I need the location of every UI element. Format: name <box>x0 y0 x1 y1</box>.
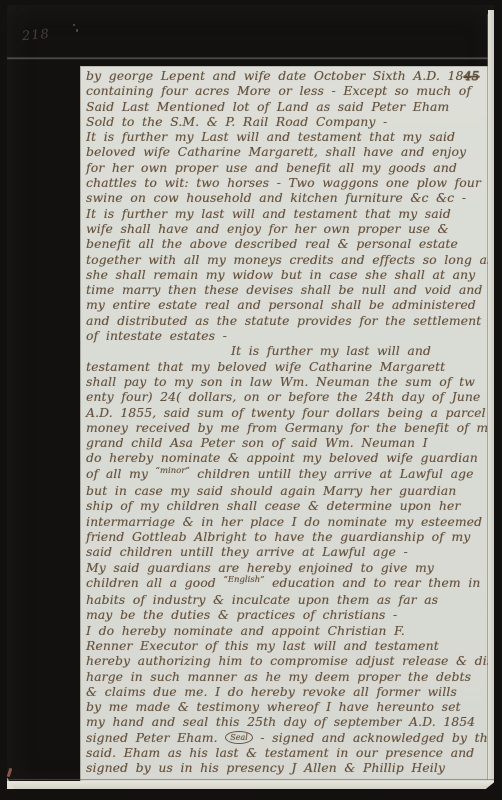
interlinear-insertion: “minor” <box>156 466 190 476</box>
manuscript-text: money received by me from Germany for th… <box>86 421 495 435</box>
manuscript-text: friend Gottleab Albright to have the gua… <box>86 530 470 544</box>
manuscript-line: my hand and seal this 25th day of septem… <box>86 715 490 730</box>
manuscript-line: said children untill they arrive at Lawf… <box>86 545 490 560</box>
manuscript-line: together with all my moneys credits and … <box>86 253 490 268</box>
manuscript-line: do hereby nominate & appoint my beloved … <box>86 451 490 466</box>
manuscript-line: I do hereby nominate and appoint Christi… <box>86 624 490 639</box>
manuscript-text: she shall remain my widow but in case sh… <box>86 268 475 282</box>
manuscript-text: time marry then these devises shall be n… <box>86 283 482 297</box>
manuscript-line: It is further my Last will and testament… <box>86 130 490 145</box>
page-number: 218 <box>21 27 50 44</box>
manuscript-line: by george Lepent and wife date October S… <box>86 69 490 84</box>
manuscript-line: shall pay to my son in law Wm. Neuman th… <box>86 375 490 390</box>
scan-border-right <box>494 0 502 800</box>
manuscript-text: It is further my Last will and testament… <box>86 130 455 144</box>
scan-corner-top-left <box>0 0 14 14</box>
manuscript-text: 45 <box>463 69 479 83</box>
manuscript-text: hereby authorizing him to compromise adj… <box>86 654 500 668</box>
ink-speck <box>76 29 78 32</box>
manuscript-text: grand child Asa Peter son of said Wm. Ne… <box>86 436 428 450</box>
manuscript-text: shall pay to my son in law Wm. Neuman th… <box>86 375 475 389</box>
seal-mark: Seal <box>225 731 253 744</box>
manuscript-line: Renner Executor of this my last will and… <box>86 639 490 654</box>
scan-border-bottom <box>0 789 502 800</box>
manuscript-line: children all a good “English” education … <box>86 576 490 593</box>
manuscript-line: swine on cow household and kitchen furni… <box>86 191 490 206</box>
manuscript-text: together with all my moneys credits and … <box>86 253 493 267</box>
manuscript-text: harge in such manner as he my deem prope… <box>86 670 471 684</box>
manuscript-line: My said guardians are hereby enjoined to… <box>86 561 490 576</box>
manuscript-text: and distributed as the statute provides … <box>86 314 481 328</box>
manuscript-text: education and to rear them in <box>264 576 480 590</box>
manuscript-line: A.D. 1855, said sum of twenty four dolla… <box>86 406 490 421</box>
manuscript-text: of intestate estates - <box>86 329 227 343</box>
manuscript-text: but in case my said should again Marry h… <box>86 484 456 498</box>
manuscript-text: beloved wife Catharine Margarett, shall … <box>86 145 466 159</box>
manuscript-text: of all my <box>86 467 156 481</box>
manuscript-line: chattles to wit: two horses - Two waggon… <box>86 176 490 191</box>
manuscript-text: signed by us in his presency J Allen & P… <box>86 761 445 775</box>
manuscript-line: habits of industry & inculcate upon them… <box>86 593 490 608</box>
manuscript-text: for her own proper use and benefit all m… <box>86 161 457 175</box>
manuscript-line: signed by us in his presency J Allen & P… <box>86 761 490 776</box>
manuscript-line: intermarriage & in her place I do nomina… <box>86 515 490 530</box>
manuscript-line: she shall remain my widow but in case sh… <box>86 268 490 283</box>
manuscript-line: by me made & testimony whereof I have he… <box>86 700 490 715</box>
manuscript-line: enty four) 24( dollars, on or before the… <box>86 390 490 405</box>
manuscript-line: harge in such manner as he my deem prope… <box>86 670 490 685</box>
manuscript-line: but in case my said should again Marry h… <box>86 484 490 499</box>
ink-speck <box>73 24 75 26</box>
manuscript-text: ship of my children shall cease & determ… <box>86 499 460 513</box>
scan-corner-bottom-right <box>472 776 502 800</box>
manuscript-text: A.D. 1855, said sum of twenty four dolla… <box>86 406 502 420</box>
manuscript-text: wife shall have and enjoy for her own pr… <box>86 222 449 236</box>
manuscript-text: enty four) 24( dollars, on or before the… <box>86 390 480 404</box>
manuscript-line: friend Gottleab Albright to have the gua… <box>86 530 490 545</box>
manuscript-line: benefit all the above described real & p… <box>86 237 490 252</box>
manuscript-text: habits of industry & inculcate upon them… <box>86 593 438 607</box>
manuscript-text: benefit all the above described real & p… <box>86 237 458 251</box>
manuscript-line: time marry then these devises shall be n… <box>86 283 490 298</box>
manuscript-line: for her own proper use and benefit all m… <box>86 161 490 176</box>
manuscript-text: testament that my beloved wife Catharine… <box>86 360 445 374</box>
manuscript-lines: by george Lepent and wife date October S… <box>86 69 490 781</box>
manuscript-line: grand child Asa Peter son of said Wm. Ne… <box>86 436 490 451</box>
manuscript-line: Said Last Mentioned lot of Land as said … <box>86 100 490 115</box>
page-bottom-edge-line <box>7 779 495 780</box>
manuscript-line: wife shall have and enjoy for her own pr… <box>86 222 490 237</box>
manuscript-line: and distributed as the statute provides … <box>86 314 490 329</box>
manuscript-text: signed Peter Eham. <box>86 731 225 745</box>
manuscript-line: beloved wife Catharine Margarett, shall … <box>86 145 490 160</box>
page-bottom-edge-stack <box>7 781 495 789</box>
manuscript-line: It is further my last will and <box>86 344 490 359</box>
manuscript-text: do hereby nominate & appoint my beloved … <box>86 451 478 465</box>
manuscript-text: & claims due me. I do hereby revoke all … <box>86 685 457 699</box>
manuscript-line: Sold to the S.M. & P. Rail Road Company … <box>86 115 490 130</box>
manuscript-text: swine on cow household and kitchen furni… <box>86 191 466 205</box>
manuscript-line: may be the duties & practices of christi… <box>86 608 490 623</box>
manuscript-text: my hand and seal this 25th day of septem… <box>86 715 475 729</box>
manuscript-line: & claims due me. I do hereby revoke all … <box>86 685 490 700</box>
manuscript-line: said. Eham as his last & testament in ou… <box>86 746 490 761</box>
manuscript-text: - signed and acknowledged by the <box>253 731 495 745</box>
manuscript-line: It is further my last will and testament… <box>86 207 490 222</box>
manuscript-text: may be the duties & practices of christi… <box>86 608 397 622</box>
manuscript-line: my entire estate real and personal shall… <box>86 298 490 313</box>
manuscript-line: hereby authorizing him to compromise adj… <box>86 654 490 669</box>
manuscript-line: signed Peter Eham. Seal - signed and ack… <box>86 731 490 746</box>
scanned-document: 218 by george Lepent and wife date Octob… <box>0 0 502 800</box>
manuscript-text: my entire estate real and personal shall… <box>86 298 476 312</box>
manuscript-text: by george Lepent and wife date October S… <box>86 69 463 83</box>
manuscript-text: said. Eham as his last & testament in ou… <box>86 746 474 760</box>
scan-border-top <box>0 0 502 5</box>
manuscript-line: ship of my children shall cease & determ… <box>86 499 490 514</box>
manuscript-text: Said Last Mentioned lot of Land as said … <box>86 100 449 114</box>
manuscript-line: of all my “minor” children untill they a… <box>86 467 490 484</box>
manuscript-text: I do hereby nominate and appoint Christi… <box>86 624 405 638</box>
manuscript-text: by me made & testimony whereof I have he… <box>86 700 461 714</box>
scan-border-left <box>0 0 7 800</box>
manuscript-line: of intestate estates - <box>86 329 490 344</box>
manuscript-text: children untill they arrive at Lawful ag… <box>190 467 474 481</box>
manuscript-line: containing four acres More or less - Exc… <box>86 84 490 99</box>
manuscript-text: said children untill they arrive at Lawf… <box>86 545 408 559</box>
manuscript-text: Sold to the S.M. & P. Rail Road Company … <box>86 115 387 129</box>
manuscript-text: It is further my last will and testament… <box>86 207 451 221</box>
horizontal-crease <box>7 57 495 58</box>
manuscript-text: My said guardians are hereby enjoined to… <box>86 561 434 575</box>
manuscript-text: It is further my last will and <box>231 344 431 358</box>
manuscript-line: testament that my beloved wife Catharine… <box>86 360 490 375</box>
manuscript-text: chattles to wit: two horses - Two waggon… <box>86 176 481 190</box>
manuscript-text: containing four acres More or less - Exc… <box>86 84 471 98</box>
manuscript-text: Renner Executor of this my last will and… <box>86 639 439 653</box>
interlinear-insertion: “English” <box>223 575 264 585</box>
manuscript-line: money received by me from Germany for th… <box>86 421 490 436</box>
manuscript-text: children all a good <box>86 576 223 590</box>
manuscript-text: intermarriage & in her place I do nomina… <box>86 515 482 529</box>
